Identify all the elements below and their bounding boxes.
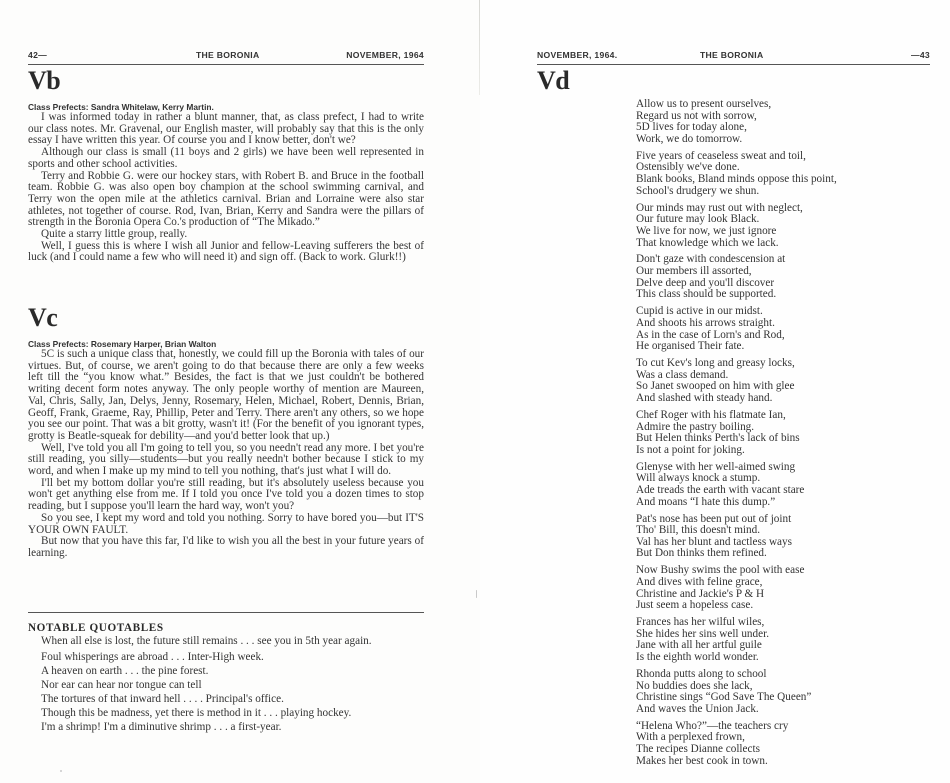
poem-line: Ade treads the earth with vacant stare [636, 485, 916, 497]
poem-line: Is the eighth world wonder. [636, 652, 916, 664]
poem-line: Chef Roger with his flatmate Ian, [636, 410, 916, 422]
paragraph: Terry and Robbie G. were our hockey star… [28, 171, 424, 230]
poem-line: Makes her best cook in town. [636, 756, 916, 768]
poem-line: And moans “I hate this dump.” [636, 497, 916, 509]
poem-line: Our members ill assorted, [636, 266, 916, 278]
left-running-head: 42— THE BORONIA NOVEMBER, 1964 [28, 50, 424, 64]
quote-item: Nor ear can hear nor tongue can tell [28, 678, 424, 692]
poem-line: He organised Their fate. [636, 341, 916, 353]
poem-line: School's drudgery we shun. [636, 186, 916, 198]
poem-line: This class should be supported. [636, 289, 916, 301]
right-running-head: NOVEMBER, 1964. THE BORONIA —43 [537, 50, 930, 64]
paragraph: So you see, I kept my word and told you … [28, 513, 424, 536]
poem-stanza: Cupid is active in our midst.And shoots … [636, 306, 916, 353]
paragraph: I was informed today in rather a blunt m… [28, 112, 424, 147]
class-heading-vc: Vc [28, 303, 57, 333]
poem-stanza: Frances has her wilful wiles,She hides h… [636, 617, 916, 664]
poem-line: We live for now, we just ignore [636, 226, 916, 238]
paragraph: But now that you have this far, I'd like… [28, 536, 424, 559]
poem-stanza: Don't gaze with condescension atOur memb… [636, 254, 916, 301]
header-rule [28, 64, 424, 65]
poem-stanza: “Helena Who?”—the teachers cryWith a per… [636, 721, 916, 768]
issue-date: NOVEMBER, 1964 [346, 50, 424, 60]
quote-item: I'm a shrimp! I'm a diminutive shrimp . … [28, 720, 424, 734]
section-divider [28, 612, 424, 613]
page-number: 42— [28, 50, 47, 60]
class-notes-vc: 5C is such a unique class that, honestly… [28, 349, 424, 560]
quote-item: A heaven on earth . . . the pine forest. [28, 664, 424, 678]
publication-title: THE BORONIA [700, 50, 763, 60]
poem-line: The recipes Dianne collects [636, 744, 916, 756]
quotables-list: When all else is lost, the future still … [28, 636, 424, 734]
quote-item: When all else is lost, the future still … [28, 636, 424, 648]
poem-line: And shoots his arrows straight. [636, 318, 916, 330]
poem-line: Allow us to present ourselves, [636, 99, 916, 111]
left-page: 42— THE BORONIA NOVEMBER, 1964 Vb Class … [0, 0, 480, 783]
poem-line: But Don thinks them refined. [636, 548, 916, 560]
quotables-heading: NOTABLE QUOTABLES [28, 622, 164, 634]
poem-stanza: Chef Roger with his flatmate Ian,Admire … [636, 410, 916, 457]
paragraph: Well, I guess this is where I wish all J… [28, 241, 424, 264]
poem-line: Is not a point for joking. [636, 445, 916, 457]
paragraph: Quite a starry little group, really. [28, 229, 424, 241]
poem-stanza: Our minds may rust out with neglect,Our … [636, 203, 916, 250]
poem-line: Work, we do tomorrow. [636, 134, 916, 146]
page-number: —43 [911, 50, 930, 60]
paper-speck [60, 770, 62, 772]
poem-line: Rhonda putts along to school [636, 669, 916, 681]
poem-stanza: Five years of ceaseless sweat and toil,O… [636, 151, 916, 198]
poem-stanza: Pat's nose has been put out of jointTho'… [636, 514, 916, 561]
class-heading-vd: Vd [537, 66, 569, 96]
publication-title: THE BORONIA [196, 50, 259, 60]
paragraph: 5C is such a unique class that, honestly… [28, 349, 424, 443]
issue-date: NOVEMBER, 1964. [537, 50, 617, 60]
poem-stanza: Now Bushy swims the pool with easeAnd di… [636, 565, 916, 612]
quote-item: The tortures of that inward hell . . . .… [28, 692, 424, 706]
class-notes-vb: I was informed today in rather a blunt m… [28, 112, 424, 264]
poem-line: And dives with feline grace, [636, 577, 916, 589]
poem-line: That knowledge which we lack. [636, 238, 916, 250]
class-heading-vb: Vb [28, 66, 60, 96]
paragraph: Well, I've told you all I'm going to tel… [28, 443, 424, 478]
class-poem-vd: Allow us to present ourselves,Regard us … [636, 99, 916, 773]
paper-speck [476, 590, 477, 598]
quote-item: Foul whisperings are abroad . . . Inter-… [28, 650, 424, 664]
header-rule [537, 64, 930, 65]
poem-line: And slashed with steady hand. [636, 393, 916, 405]
poem-line: Just seem a hopeless case. [636, 600, 916, 612]
quote-item: Though this be madness, yet there is met… [28, 706, 424, 720]
poem-line: And waves the Union Jack. [636, 704, 916, 716]
paragraph: Although our class is small (11 boys and… [28, 147, 424, 170]
poem-line: To cut Kev's long and greasy locks, [636, 358, 916, 370]
poem-stanza: Rhonda putts along to schoolNo buddies d… [636, 669, 916, 716]
poem-stanza: Allow us to present ourselves,Regard us … [636, 99, 916, 146]
poem-stanza: Glenyse with her well-aimed swingWill al… [636, 462, 916, 509]
paragraph: I'll bet my bottom dollar you're still r… [28, 478, 424, 513]
poem-stanza: To cut Kev's long and greasy locks,Was a… [636, 358, 916, 405]
